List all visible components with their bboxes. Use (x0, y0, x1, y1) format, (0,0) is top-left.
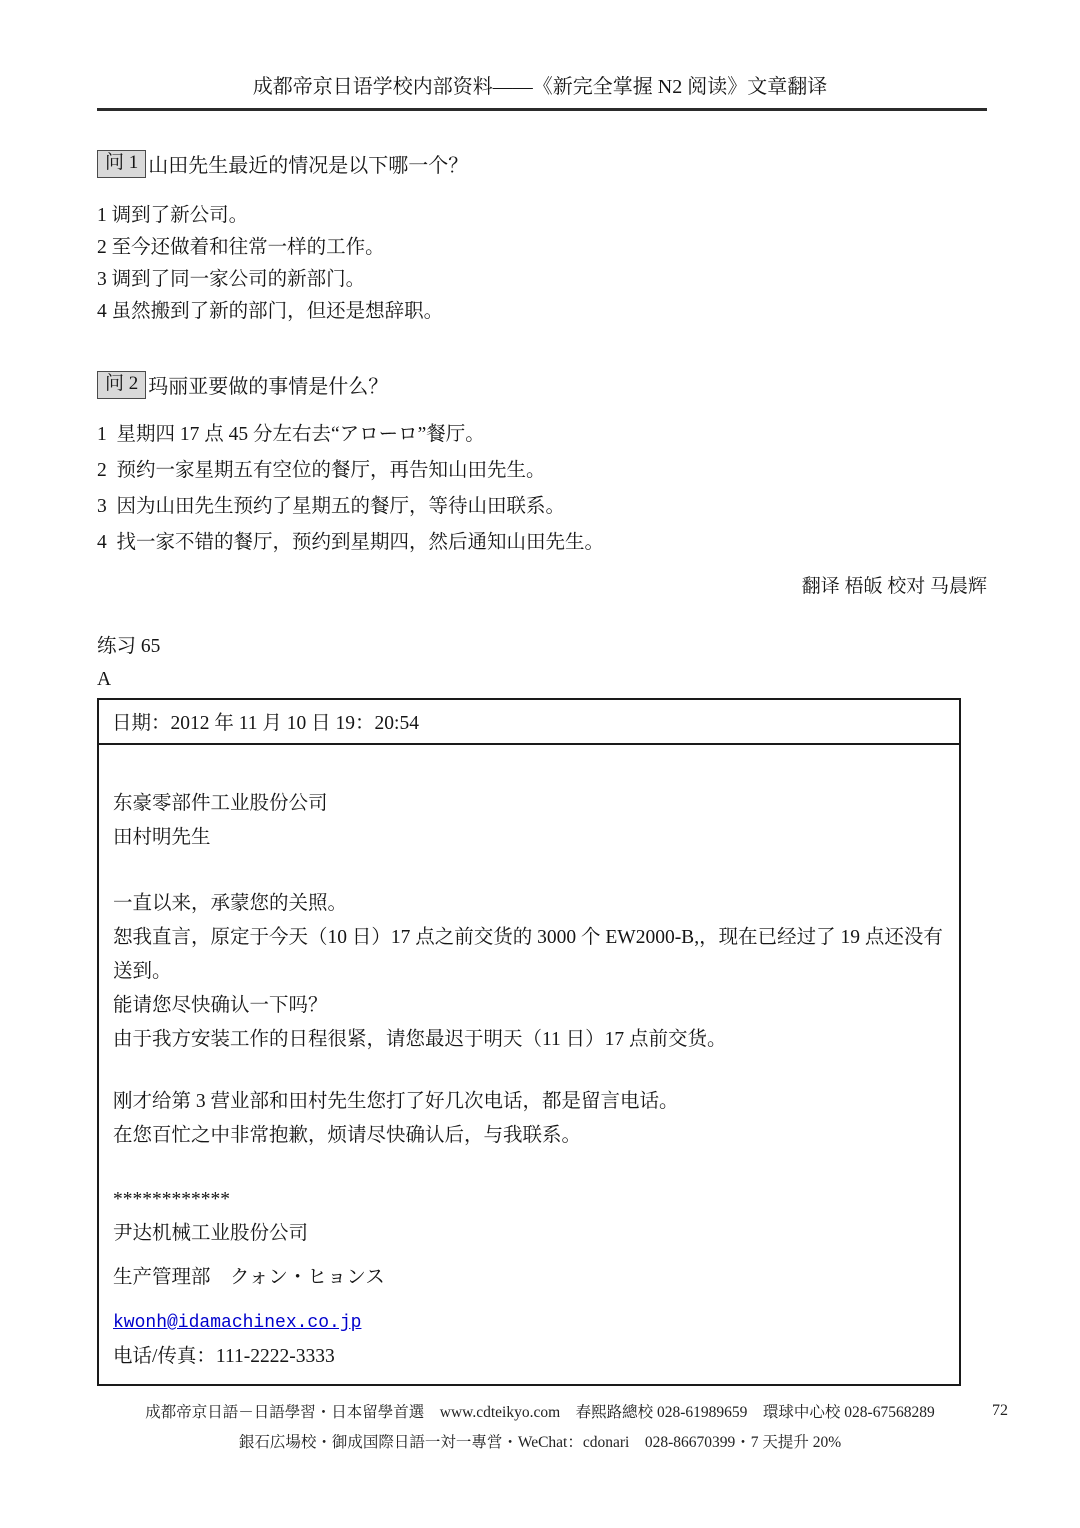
question-1-option-1: 1 调到了新公司。 (97, 200, 987, 232)
email-sender-company: 尹达机械工业股份公司 (113, 1217, 945, 1251)
email-date-row: 日期：2012 年 11 月 10 日 19：20:54 (99, 700, 959, 745)
question-1-option-4: 4 虽然搬到了新的部门，但还是想辞职。 (97, 296, 987, 328)
question-2-options: 1 星期四 17 点 45 分左右去“アローロ”餐厅。 2 预约一家星期五有空位… (97, 417, 987, 561)
question-1-options: 1 调到了新公司。 2 至今还做着和往常一样的工作。 3 调到了同一家公司的新部… (97, 200, 987, 328)
email-body: 东豪零部件工业股份公司 田村明先生 一直以来，承蒙您的关照。 恕我直言，原定于今… (99, 745, 959, 1384)
spacer (113, 1295, 945, 1305)
question-1-text: 山田先生最近的情况是以下哪一个？ (148, 149, 468, 178)
footer-line-1: 成都帝京日語－日語學習・日本留學首選 www.cdteikyo.com 春熙路總… (0, 1402, 1080, 1424)
email-sender-department: 生产管理部 クォン・ヒョンス (113, 1261, 945, 1295)
translator-credits: 翻译 梧皈 校对 马晨辉 (97, 571, 987, 598)
email-phone-fax: 电话/传真：111-2222-3333 (113, 1340, 945, 1374)
question-2-option-3: 3 因为山田先生预约了星期五的餐厅，等待山田联系。 (97, 489, 987, 525)
page-footer: 成都帝京日語－日語學習・日本留學首選 www.cdteikyo.com 春熙路總… (0, 1402, 1080, 1454)
document-page: 成都帝京日语学校内部资料——《新完全掌握 N2 阅读》文章翻译 问 1 山田先生… (0, 0, 1080, 1528)
spacer (113, 1153, 945, 1183)
email-message-box: 日期：2012 年 11 月 10 日 19：20:54 东豪零部件工业股份公司… (97, 698, 961, 1386)
question-1-label-box: 问 1 (97, 150, 146, 178)
question-2-option-2: 2 预约一家星期五有空位的餐厅，再告知山田先生。 (97, 453, 987, 489)
question-2-row: 问 2 玛丽亚要做的事情是什么？ (97, 370, 987, 399)
email-signature-separator: ************ (113, 1183, 945, 1217)
question-2-text: 玛丽亚要做的事情是什么？ (148, 370, 388, 399)
question-2-option-4: 4 找一家不错的餐厅，预约到星期四，然后通知山田先生。 (97, 525, 987, 561)
question-1-row: 问 1 山田先生最近的情况是以下哪一个？ (97, 149, 987, 178)
spacer (113, 745, 945, 787)
email-paragraph-greeting: 一直以来，承蒙您的关照。 (113, 887, 945, 921)
spacer (113, 1251, 945, 1261)
page-number: 72 (992, 1402, 1008, 1420)
question-2-label-box: 问 2 (97, 371, 146, 399)
email-recipient-name: 田村明先生 (113, 821, 945, 855)
question-1-option-3: 3 调到了同一家公司的新部门。 (97, 264, 987, 296)
exercise-title: 练习 65 (97, 630, 987, 658)
email-recipient-company: 东豪零部件工业股份公司 (113, 787, 945, 821)
email-paragraph-apology: 在您百忙之中非常抱歉，烦请尽快确认后，与我联系。 (113, 1119, 945, 1153)
email-address-link-row: kwonh@idamachinex.co.jp (113, 1305, 945, 1340)
email-paragraph-delivery-issue: 恕我直言，原定于今天（10 日）17 点之前交货的 3000 个 EW2000-… (113, 921, 945, 989)
header-divider (97, 108, 987, 111)
footer-line-2: 銀石広場校・御成国際日語一対一專営・WeChat：cdonari 028-866… (0, 1432, 1080, 1454)
section-label: A (97, 669, 987, 691)
email-paragraph-phone-calls: 刚才给第 3 营业部和田村先生您打了好几次电话，都是留言电话。 (113, 1085, 945, 1119)
spacer (113, 855, 945, 887)
question-1-option-2: 2 至今还做着和往常一样的工作。 (97, 232, 987, 264)
email-paragraph-deadline: 由于我方安装工作的日程很紧，请您最迟于明天（11 日）17 点前交货。 (113, 1023, 945, 1057)
email-paragraph-confirm-request: 能请您尽快确认一下吗？ (113, 989, 945, 1023)
page-content: 问 1 山田先生最近的情况是以下哪一个？ 1 调到了新公司。 2 至今还做着和往… (97, 149, 987, 1386)
page-header-title: 成都帝京日语学校内部资料——《新完全掌握 N2 阅读》文章翻译 (0, 0, 1080, 100)
email-address-link[interactable]: kwonh@idamachinex.co.jp (113, 1313, 361, 1333)
spacer (113, 1057, 945, 1085)
question-2-option-1: 1 星期四 17 点 45 分左右去“アローロ”餐厅。 (97, 417, 987, 453)
